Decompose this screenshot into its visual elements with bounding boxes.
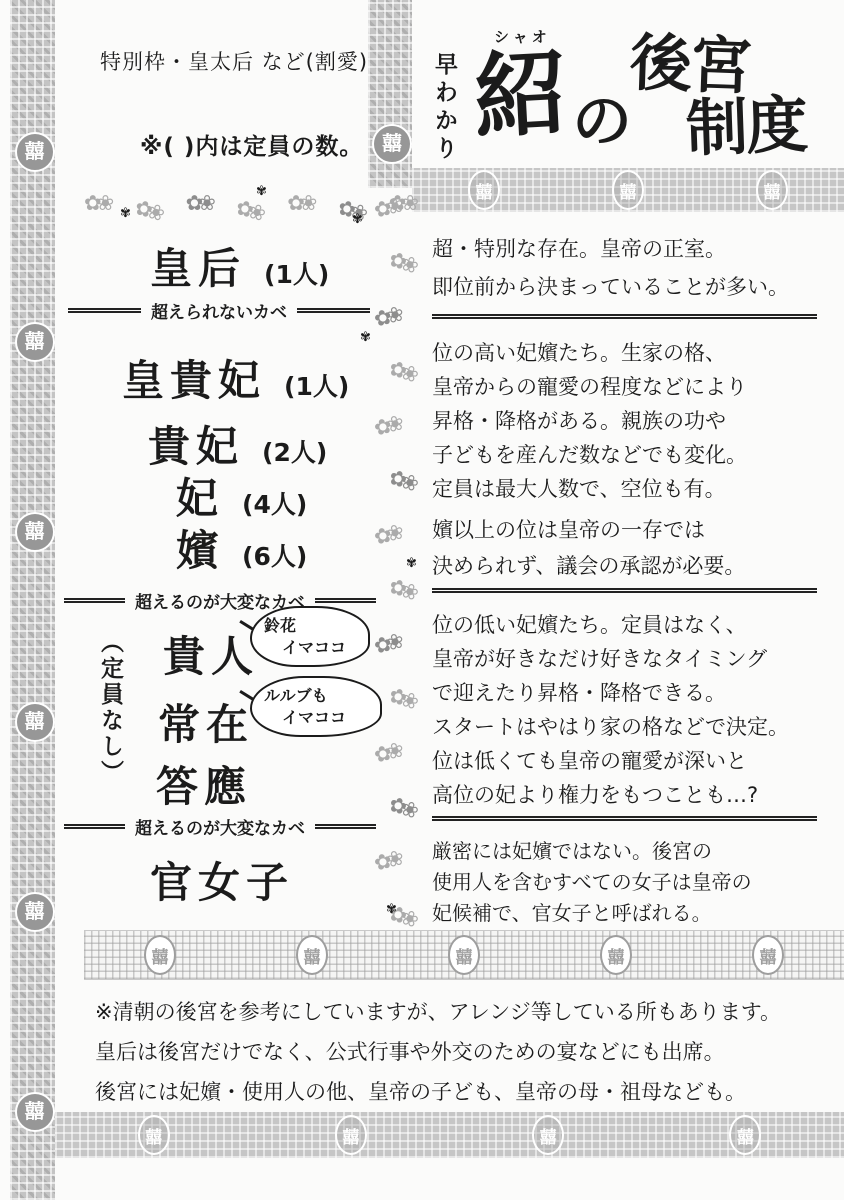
- double-happiness-medallion-icon: 囍: [756, 170, 788, 210]
- double-happiness-medallion-icon: 囍: [296, 935, 328, 975]
- rank-second-attendant: 答應: [156, 754, 252, 814]
- flower-icon: ✿❀: [372, 193, 402, 222]
- double-happiness-medallion-icon: 囍: [15, 322, 55, 362]
- double-happiness-medallion-icon: 囍: [15, 892, 55, 932]
- rank-name: 嬪: [176, 518, 224, 578]
- section-rule: [432, 816, 817, 821]
- speech-bubble-rurubu: ルルブも イマココ: [250, 676, 382, 737]
- rank-imperial-noble-consort: 皇貴妃 (1人): [122, 348, 349, 408]
- flower-icon: ✿❀: [386, 574, 417, 605]
- rank-name: 貴人: [163, 624, 259, 684]
- bubble-line: ルルブも: [264, 685, 368, 707]
- description-court-girls: 厳密には妃嬪ではない。後宮の 使用人を含むすべての女子は皇帝の 妃候補で、官女子…: [432, 836, 830, 929]
- wall-label: 超えられないカベ: [151, 298, 287, 323]
- title-quick-guide-label: 早わかり: [428, 52, 461, 164]
- double-happiness-medallion-icon: 囍: [600, 935, 632, 975]
- flower-icon: ✿❀: [372, 302, 402, 331]
- bubble-line: イマココ: [264, 637, 356, 659]
- section-rule: [432, 588, 817, 593]
- leaf-icon: ✾: [256, 184, 267, 199]
- rank-first-attendant: 常在: [158, 692, 254, 752]
- description-council-approval: 嬪以上の位は皇帝の一存では 決められず、議会の承認が必要。: [432, 512, 830, 584]
- rank-court-girl: 官女子: [150, 850, 294, 910]
- double-happiness-medallion-icon: 囍: [612, 170, 644, 210]
- leaf-icon: ✾: [352, 212, 363, 227]
- speech-bubble-suzuka: 鈴花 イマココ: [250, 606, 370, 667]
- flower-icon: ✿❀: [287, 191, 312, 215]
- double-happiness-medallion-icon: 囍: [15, 702, 55, 742]
- no-capacity-label: （定員なし）: [94, 630, 127, 830]
- title-underline-ornament-band: 囍 囍 囍: [412, 168, 844, 212]
- flower-icon: ✿❀: [372, 738, 402, 767]
- bubble-line: 鈴花: [264, 615, 356, 637]
- double-happiness-medallion-icon: 囍: [15, 132, 55, 172]
- rank-capacity: (2人): [262, 433, 327, 469]
- bubble-line: イマココ: [264, 707, 368, 729]
- double-happiness-medallion-icon: 囍: [138, 1115, 170, 1155]
- rank-empress: 皇后 (1人): [150, 236, 329, 296]
- double-happiness-medallion-icon: 囍: [335, 1115, 367, 1155]
- rank-capacity: (1人): [264, 255, 329, 291]
- double-happiness-medallion-icon: 囍: [144, 935, 176, 975]
- rank-capacity: (6人): [242, 537, 307, 573]
- flower-icon: ✿❀: [84, 191, 109, 215]
- flower-icon: ✿❀: [386, 465, 417, 496]
- double-happiness-medallion-icon: 囍: [729, 1115, 761, 1155]
- rank-capacity: (4人): [242, 485, 307, 521]
- flower-icon: ✿❀: [386, 792, 417, 823]
- special-category-note: 特別枠・皇太后 など(割愛): [100, 46, 368, 76]
- page-title: 紹: [472, 48, 571, 147]
- flower-icon: ✿❀: [186, 191, 211, 215]
- double-happiness-medallion-icon: 囍: [532, 1115, 564, 1155]
- leaf-icon: ✾: [120, 206, 131, 221]
- rank-noble-lady: 貴人: [163, 624, 259, 684]
- divider-line: [64, 598, 125, 603]
- description-low-consorts: 位の低い妃嬪たち。定員はなく、 皇帝が好きなだけ好きなタイミング で迎えたり昇格…: [432, 608, 830, 812]
- middle-ornament-band: 囍 囍 囍 囍 囍: [84, 930, 844, 980]
- rank-name: 皇后: [150, 236, 246, 296]
- double-happiness-medallion-icon: 囍: [468, 170, 500, 210]
- capacity-legend-note: ※( )内は定員の数。: [140, 128, 363, 161]
- divider-line: [68, 308, 141, 313]
- rank-name: 貴妃: [148, 414, 244, 474]
- rank-name: 妃: [176, 466, 224, 526]
- rank-capacity: (1人): [284, 367, 349, 403]
- page-title: の: [572, 92, 632, 152]
- double-happiness-medallion-icon: 囍: [15, 1092, 55, 1132]
- wall-divider-unpassable: 超えられないカベ: [68, 298, 370, 323]
- rank-consort: 妃 (4人): [176, 466, 307, 526]
- rank-name: 常在: [158, 692, 254, 752]
- double-happiness-medallion-icon: 囍: [752, 935, 784, 975]
- leaf-icon: ✾: [360, 330, 371, 345]
- rank-noble-consort: 貴妃 (2人): [148, 414, 327, 474]
- divider-line: [297, 308, 370, 313]
- flower-icon: ✿❀: [386, 247, 417, 278]
- double-happiness-medallion-icon: 囍: [15, 512, 55, 552]
- flower-icon: ✿❀: [372, 847, 402, 876]
- description-high-consorts: 位の高い妃嬪たち。生家の格、 皇帝からの寵愛の程度などにより 昇格・降格がある。…: [432, 336, 830, 506]
- bottom-ornament-band: 囍 囍 囍 囍: [55, 1112, 844, 1158]
- divider-line: [64, 824, 125, 829]
- footer-notes: ※清朝の後宮を参考にしていますが、アレンジ等している所もあります。 皇后は後宮だ…: [95, 992, 821, 1112]
- flower-icon: ✿❀: [234, 195, 265, 225]
- flower-icon: ✿❀: [386, 356, 417, 387]
- leaf-icon: ✾: [386, 902, 397, 917]
- rank-name: 答應: [156, 754, 252, 814]
- left-ornament-border: 囍 囍 囍 囍 囍 囍: [10, 0, 55, 1200]
- wall-divider-hard: 超えるのが大変なカベ: [64, 814, 376, 839]
- wall-label: 超えるのが大変なカベ: [135, 814, 305, 839]
- flower-icon: ✿❀: [372, 629, 402, 658]
- flower-icon: ✿❀: [372, 411, 402, 440]
- flower-icon: ✿❀: [386, 683, 417, 714]
- flower-icon: ✿❀: [132, 195, 163, 225]
- rank-name: 皇貴妃: [122, 348, 266, 408]
- flower-icon: ✿❀: [372, 520, 402, 549]
- rank-concubine: 嬪 (6人): [176, 518, 307, 578]
- double-happiness-medallion-icon: 囍: [372, 124, 412, 164]
- double-happiness-medallion-icon: 囍: [448, 935, 480, 975]
- description-empress: 超・特別な存在。皇帝の正室。 即位前から決まっていることが多い。: [432, 230, 830, 306]
- center-divider-ornament: 囍: [368, 0, 412, 188]
- leaf-icon: ✾: [406, 556, 417, 571]
- divider-line: [315, 824, 376, 829]
- rank-name: 官女子: [150, 850, 294, 910]
- page-title: 後宮: [629, 32, 751, 98]
- page-title: 制度: [685, 94, 807, 160]
- divider-line: [315, 598, 376, 603]
- section-rule: [432, 314, 817, 319]
